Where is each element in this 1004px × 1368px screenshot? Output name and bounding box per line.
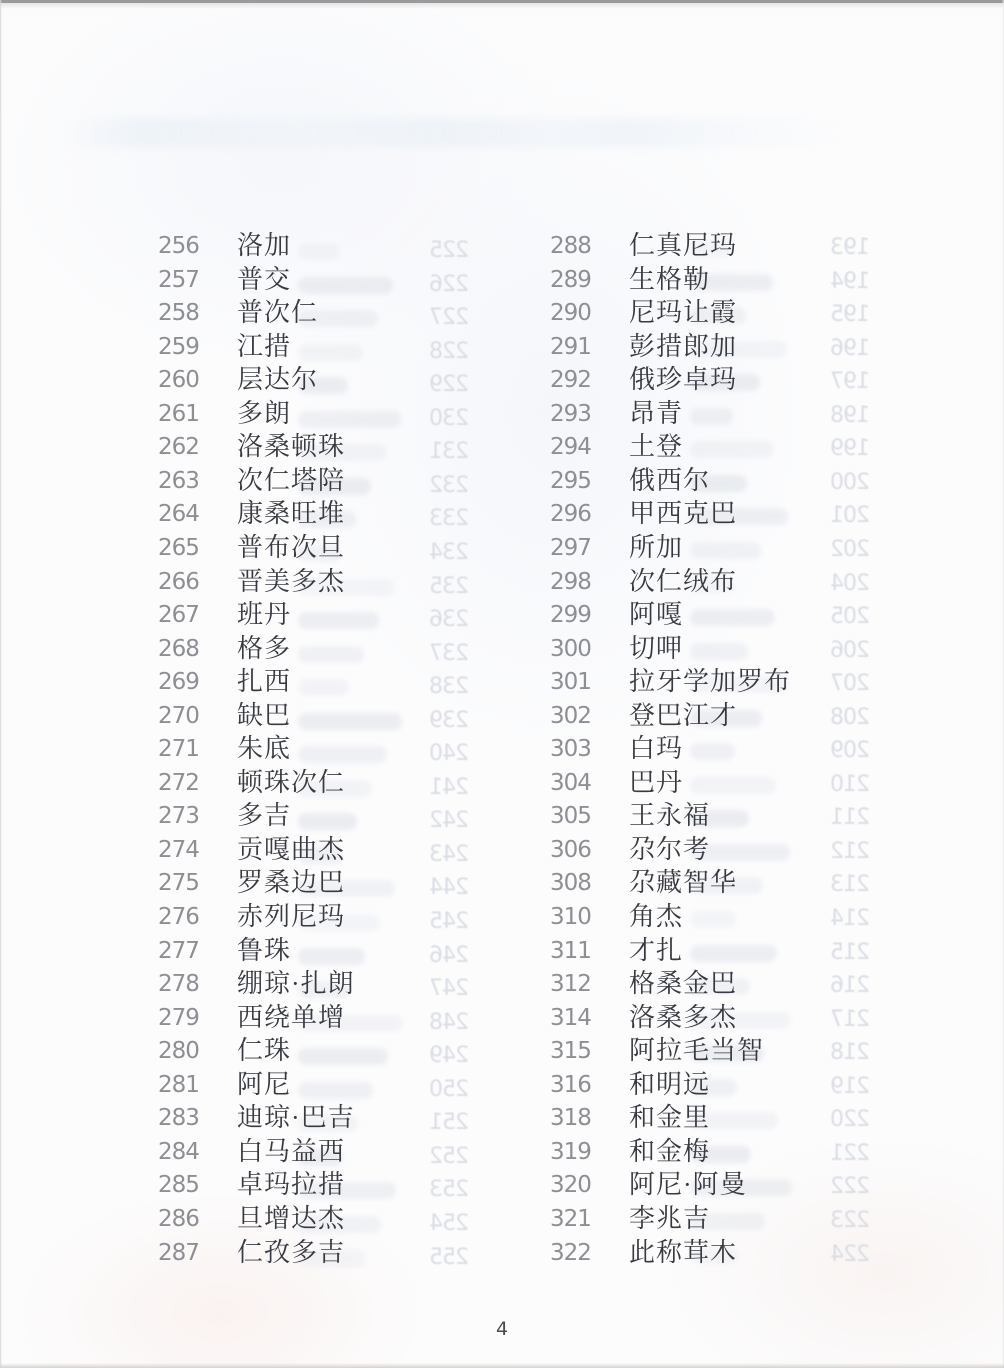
entry-name: 仁真尼玛 xyxy=(629,229,737,263)
entry-name: 阿嘎 xyxy=(629,598,683,632)
entry-number: 281 xyxy=(158,1068,199,1102)
entry-name: 赤列尼玛 xyxy=(237,900,345,934)
entry-number: 299 xyxy=(550,598,591,632)
entry-name: 绷琼·扎朗 xyxy=(237,967,355,1001)
entry-number: 273 xyxy=(158,799,199,833)
entry-name: 缺巴 xyxy=(237,699,291,733)
entry-name: 拉牙学加罗布 xyxy=(629,665,791,699)
entry-name: 贡嘎曲杰 xyxy=(237,833,345,867)
entry-name: 格多 xyxy=(237,632,291,666)
entry-name: 洛桑顿珠 xyxy=(237,430,345,464)
list-row: 275罗桑边巴 xyxy=(158,866,488,900)
entry-name: 江措 xyxy=(237,330,291,364)
entry-name: 班丹 xyxy=(237,598,291,632)
list-row: 291彭措郎加 xyxy=(550,330,880,364)
entry-number: 271 xyxy=(158,732,199,766)
entry-number: 298 xyxy=(550,565,591,599)
list-row: 290尼玛让霞 xyxy=(550,296,880,330)
list-row: 319和金梅 xyxy=(550,1135,880,1169)
entry-number: 305 xyxy=(550,799,591,833)
list-row: 293昂青 xyxy=(550,397,880,431)
entry-number: 286 xyxy=(158,1202,199,1236)
entry-number: 263 xyxy=(158,464,199,498)
entry-number: 308 xyxy=(550,866,591,900)
entry-name: 此称茸木 xyxy=(629,1236,737,1270)
list-row: 263次仁塔陪 xyxy=(158,464,488,498)
entry-number: 274 xyxy=(158,833,199,867)
entry-name: 阿尼 xyxy=(237,1068,291,1102)
entry-number: 290 xyxy=(550,296,591,330)
entry-number: 291 xyxy=(550,330,591,364)
list-row: 296甲西克巴 xyxy=(550,497,880,531)
list-row: 276赤列尼玛 xyxy=(158,900,488,934)
entry-number: 275 xyxy=(158,866,199,900)
scanned-page: 2252262272282292302312322332342352362372… xyxy=(0,0,1004,1368)
entry-name: 俄西尔 xyxy=(629,464,710,498)
entry-number: 319 xyxy=(550,1135,591,1169)
list-row: 260层达尔 xyxy=(158,363,488,397)
entry-number: 301 xyxy=(550,665,591,699)
entry-number: 318 xyxy=(550,1101,591,1135)
entry-number: 266 xyxy=(158,565,199,599)
list-row: 258普次仁 xyxy=(158,296,488,330)
entry-number: 303 xyxy=(550,732,591,766)
list-row: 305王永福 xyxy=(550,799,880,833)
entry-number: 296 xyxy=(550,497,591,531)
entry-name: 康桑旺堆 xyxy=(237,497,345,531)
entry-name: 卓玛拉措 xyxy=(237,1168,345,1202)
entry-number: 276 xyxy=(158,900,199,934)
entry-number: 285 xyxy=(158,1168,199,1202)
list-row: 256洛加 xyxy=(158,229,488,263)
list-row: 279西绕单增 xyxy=(158,1001,488,1035)
entry-name: 普次仁 xyxy=(237,296,318,330)
entry-name: 昂青 xyxy=(629,397,683,431)
list-row: 322此称茸木 xyxy=(550,1236,880,1270)
entry-number: 287 xyxy=(158,1236,199,1270)
entry-name: 尼玛让霞 xyxy=(629,296,737,330)
entry-number: 269 xyxy=(158,665,199,699)
list-row: 285卓玛拉措 xyxy=(158,1168,488,1202)
entry-number: 264 xyxy=(158,497,199,531)
list-row: 314洛桑多杰 xyxy=(550,1001,880,1035)
entry-number: 267 xyxy=(158,598,199,632)
list-row: 265普布次旦 xyxy=(158,531,488,565)
entry-number: 310 xyxy=(550,900,591,934)
entry-number: 272 xyxy=(158,766,199,800)
list-row: 311才扎 xyxy=(550,934,880,968)
entry-name: 彭措郎加 xyxy=(629,330,737,364)
entry-name: 阿尼·阿曼 xyxy=(629,1168,747,1202)
scan-edge-bottom xyxy=(0,1363,1004,1368)
entry-name: 和金梅 xyxy=(629,1135,710,1169)
entry-name: 阿拉毛当智 xyxy=(629,1034,764,1068)
list-row: 284白马益西 xyxy=(158,1135,488,1169)
entry-number: 262 xyxy=(158,430,199,464)
list-row: 321李兆吉 xyxy=(550,1202,880,1236)
entry-number: 293 xyxy=(550,397,591,431)
entry-name: 洛加 xyxy=(237,229,291,263)
list-row: 278绷琼·扎朗 xyxy=(158,967,488,1001)
list-row: 274贡嘎曲杰 xyxy=(158,833,488,867)
entry-name: 普布次旦 xyxy=(237,531,345,565)
entry-name: 西绕单增 xyxy=(237,1001,345,1035)
entry-number: 304 xyxy=(550,766,591,800)
entry-name: 格桑金巴 xyxy=(629,967,737,1001)
list-row: 288仁真尼玛 xyxy=(550,229,880,263)
list-row: 287仁孜多吉 xyxy=(158,1236,488,1270)
page-number: 4 xyxy=(0,1318,1004,1340)
entry-number: 292 xyxy=(550,363,591,397)
entry-name: 才扎 xyxy=(629,934,683,968)
entry-number: 311 xyxy=(550,934,591,968)
entry-number: 312 xyxy=(550,967,591,1001)
entry-number: 259 xyxy=(158,330,199,364)
entry-name: 所加 xyxy=(629,531,683,565)
list-row: 310角杰 xyxy=(550,900,880,934)
entry-number: 278 xyxy=(158,967,199,1001)
list-row: 267班丹 xyxy=(158,598,488,632)
list-row: 259江措 xyxy=(158,330,488,364)
scan-edge-top-shadow xyxy=(0,3,1004,9)
list-row: 306尕尔考 xyxy=(550,833,880,867)
entry-number: 300 xyxy=(550,632,591,666)
entry-number: 302 xyxy=(550,699,591,733)
entry-name: 扎西 xyxy=(237,665,291,699)
list-row: 312格桑金巴 xyxy=(550,967,880,1001)
entry-name: 顿珠次仁 xyxy=(237,766,345,800)
list-row: 303白玛 xyxy=(550,732,880,766)
entry-name: 登巴江才 xyxy=(629,699,737,733)
list-row: 301拉牙学加罗布 xyxy=(550,665,880,699)
entry-number: 306 xyxy=(550,833,591,867)
list-row: 299阿嘎 xyxy=(550,598,880,632)
entry-number: 257 xyxy=(158,263,199,297)
list-row: 262洛桑顿珠 xyxy=(158,430,488,464)
entry-name: 迪琼·巴吉 xyxy=(237,1101,355,1135)
bleedthrough-header-smudge xyxy=(60,118,850,148)
list-row: 272顿珠次仁 xyxy=(158,766,488,800)
list-row: 304巴丹 xyxy=(550,766,880,800)
entry-name: 和明远 xyxy=(629,1068,710,1102)
entry-number: 322 xyxy=(550,1236,591,1270)
entry-number: 270 xyxy=(158,699,199,733)
list-row: 280仁珠 xyxy=(158,1034,488,1068)
list-row: 271朱底 xyxy=(158,732,488,766)
entry-name: 王永福 xyxy=(629,799,710,833)
list-row: 289生格勒 xyxy=(550,263,880,297)
list-row: 295俄西尔 xyxy=(550,464,880,498)
entry-number: 320 xyxy=(550,1168,591,1202)
entry-number: 261 xyxy=(158,397,199,431)
entry-number: 314 xyxy=(550,1001,591,1035)
entry-name: 罗桑边巴 xyxy=(237,866,345,900)
entry-number: 265 xyxy=(158,531,199,565)
entry-name: 鲁珠 xyxy=(237,934,291,968)
entry-name: 多吉 xyxy=(237,799,291,833)
entry-name: 次仁绒布 xyxy=(629,565,737,599)
entry-name: 生格勒 xyxy=(629,263,710,297)
entry-number: 260 xyxy=(158,363,199,397)
list-row: 308尕藏智华 xyxy=(550,866,880,900)
entry-number: 297 xyxy=(550,531,591,565)
entry-name: 次仁塔陪 xyxy=(237,464,345,498)
list-row: 300切呷 xyxy=(550,632,880,666)
list-row: 320阿尼·阿曼 xyxy=(550,1168,880,1202)
entry-number: 268 xyxy=(158,632,199,666)
list-row: 268格多 xyxy=(158,632,488,666)
list-row: 283迪琼·巴吉 xyxy=(158,1101,488,1135)
list-row: 261多朗 xyxy=(158,397,488,431)
entry-name: 白马益西 xyxy=(237,1135,345,1169)
list-row: 318和金里 xyxy=(550,1101,880,1135)
list-row: 315阿拉毛当智 xyxy=(550,1034,880,1068)
list-row: 266晋美多杰 xyxy=(158,565,488,599)
entry-name: 洛桑多杰 xyxy=(629,1001,737,1035)
entry-number: 295 xyxy=(550,464,591,498)
entry-number: 284 xyxy=(158,1135,199,1169)
entry-name: 土登 xyxy=(629,430,683,464)
entry-name: 尕藏智华 xyxy=(629,866,737,900)
entry-name: 层达尔 xyxy=(237,363,318,397)
entry-number: 288 xyxy=(550,229,591,263)
entry-name: 切呷 xyxy=(629,632,683,666)
entry-name: 仁孜多吉 xyxy=(237,1236,345,1270)
list-row: 277鲁珠 xyxy=(158,934,488,968)
entry-number: 279 xyxy=(158,1001,199,1035)
entry-number: 258 xyxy=(158,296,199,330)
entry-number: 315 xyxy=(550,1034,591,1068)
list-row: 286旦增达杰 xyxy=(158,1202,488,1236)
entry-number: 289 xyxy=(550,263,591,297)
entry-number: 277 xyxy=(158,934,199,968)
entry-number: 294 xyxy=(550,430,591,464)
entry-name: 李兆吉 xyxy=(629,1202,710,1236)
entry-number: 316 xyxy=(550,1068,591,1102)
list-row: 316和明远 xyxy=(550,1068,880,1102)
entry-name: 普交 xyxy=(237,263,291,297)
entry-name: 白玛 xyxy=(629,732,683,766)
entry-name: 多朗 xyxy=(237,397,291,431)
entry-name: 甲西克巴 xyxy=(629,497,737,531)
entry-number: 256 xyxy=(158,229,199,263)
entry-name: 仁珠 xyxy=(237,1034,291,1068)
entry-name: 巴丹 xyxy=(629,766,683,800)
entry-name: 和金里 xyxy=(629,1101,710,1135)
list-row: 297所加 xyxy=(550,531,880,565)
list-row: 292俄珍卓玛 xyxy=(550,363,880,397)
entry-number: 321 xyxy=(550,1202,591,1236)
list-row: 270缺巴 xyxy=(158,699,488,733)
list-row: 257普交 xyxy=(158,263,488,297)
scan-edge-left xyxy=(0,0,2,1368)
entry-name: 旦增达杰 xyxy=(237,1202,345,1236)
entry-number: 280 xyxy=(158,1034,199,1068)
list-row: 264康桑旺堆 xyxy=(158,497,488,531)
entry-name: 角杰 xyxy=(629,900,683,934)
list-row: 302登巴江才 xyxy=(550,699,880,733)
list-row: 281阿尼 xyxy=(158,1068,488,1102)
list-row: 269扎西 xyxy=(158,665,488,699)
entry-name: 晋美多杰 xyxy=(237,565,345,599)
entry-name: 朱底 xyxy=(237,732,291,766)
list-row: 298次仁绒布 xyxy=(550,565,880,599)
entry-number: 283 xyxy=(158,1101,199,1135)
entry-name: 俄珍卓玛 xyxy=(629,363,737,397)
entry-name: 尕尔考 xyxy=(629,833,710,867)
list-row: 294土登 xyxy=(550,430,880,464)
list-row: 273多吉 xyxy=(158,799,488,833)
